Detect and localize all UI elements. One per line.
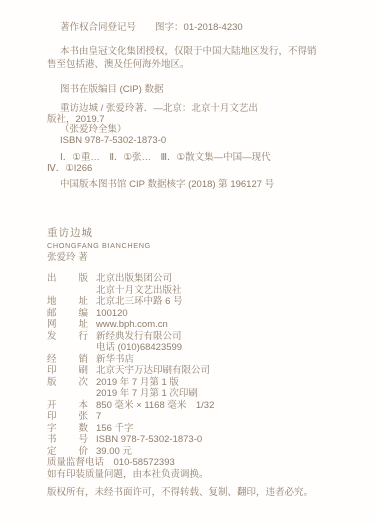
colophon-value: 100120 bbox=[96, 308, 128, 320]
cip-line: （张爱玲全集） bbox=[60, 125, 274, 136]
colophon-value: 850 毫米 × 1168 毫米 1/32 bbox=[96, 400, 214, 412]
colophon-label: 印张 bbox=[47, 411, 88, 423]
colophon-label-char: 开 bbox=[47, 400, 57, 412]
license-notice-block: 本书由皇冠文化集团授权，仅限于中国大陆地区发行，不得销 售至包括港、澳及任何海外… bbox=[47, 46, 317, 71]
colophon-label: 定价 bbox=[47, 446, 88, 458]
colophon-row-website: 网址www.bph.com.cn bbox=[47, 319, 214, 331]
colophon-label-char: 号 bbox=[78, 434, 88, 446]
colophon-label-char: 本 bbox=[78, 400, 88, 412]
colophon-label: 邮编 bbox=[47, 308, 88, 320]
colophon-label-char: 邮 bbox=[47, 308, 57, 320]
colophon-value: 156 千字 bbox=[96, 423, 134, 435]
colophon-value: 2019 年 7 月第 1 次印刷 bbox=[96, 388, 198, 400]
quality-phone-line: 质量监督电话 010-58572393 bbox=[47, 457, 214, 469]
registration-line: 著作权合同登记号 图字：01-2018-4230 bbox=[60, 22, 243, 34]
colophon-label-char: 张 bbox=[78, 411, 88, 423]
colophon-row-distributor-phone: 电话 (010)68423599 bbox=[47, 342, 214, 354]
colophon-row-price: 定价39.00 元 bbox=[47, 446, 214, 458]
registration-block: 著作权合同登记号 图字：01-2018-4230 bbox=[47, 22, 243, 34]
colophon-label bbox=[47, 388, 88, 400]
colophon-row-printer: 印刷北京天宇万达印刷有限公司 bbox=[47, 365, 214, 377]
colophon-row-publisher: 出版北京出版集团公司 bbox=[47, 273, 214, 285]
colophon-value: 北京出版集团公司 bbox=[96, 273, 172, 285]
colophon-label-char: 网 bbox=[47, 319, 57, 331]
colophon-value: 新经典发行有限公司 bbox=[96, 331, 182, 343]
colophon-label bbox=[47, 342, 88, 354]
colophon-label-char: 经 bbox=[47, 354, 57, 366]
cip-line: Ⅰ．①重… Ⅱ．①张… Ⅲ．①散文集—中国—现代 bbox=[60, 153, 274, 164]
colophon-label-char: 印 bbox=[47, 365, 57, 377]
colophon-label: 字数 bbox=[47, 423, 88, 435]
colophon-label-char: 址 bbox=[78, 319, 88, 331]
colophon-row-isbn: 书号ISBN 978-7-5302-1873-0 bbox=[47, 434, 214, 446]
colophon-label-char: 版 bbox=[47, 377, 57, 389]
colophon-label-char: 地 bbox=[47, 296, 57, 308]
colophon-label-char: 字 bbox=[47, 423, 57, 435]
colophon-row-sheets: 印张7 bbox=[47, 411, 214, 423]
colophon-row-edition-cont: 2019 年 7 月第 1 次印刷 bbox=[47, 388, 214, 400]
colophon-row-publisher-cont: 北京十月文艺出版社 bbox=[47, 285, 214, 297]
colophon-label-char: 定 bbox=[47, 446, 57, 458]
colophon-label-char: 址 bbox=[78, 296, 88, 308]
colophon-label bbox=[47, 285, 88, 297]
colophon-label-char: 出 bbox=[47, 273, 57, 285]
book-title-pinyin: CHONGFANG BIANCHENG bbox=[47, 240, 151, 253]
colophon-row-format: 开本850 毫米 × 1168 毫米 1/32 bbox=[47, 400, 214, 412]
registration-value: 图字：01-2018-4230 bbox=[155, 22, 243, 33]
colophon-row-address: 地址北京北三环中路 6 号 bbox=[47, 296, 214, 308]
colophon-value: 电话 (010)68423599 bbox=[96, 342, 182, 354]
colophon-label: 出版 bbox=[47, 273, 88, 285]
cip-line: Ⅳ．①I266 bbox=[47, 164, 274, 175]
cip-line: 重访边城 / 张爱玲著．—北京：北京十月文艺出 bbox=[60, 104, 274, 115]
colophon-value: 39.00 元 bbox=[96, 446, 132, 458]
cip-heading: 图书在版编目 (CIP) 数据 bbox=[60, 84, 163, 96]
colophon-row-retailer: 经销新华书店 bbox=[47, 354, 214, 366]
colophon-value: 北京十月文艺出版社 bbox=[96, 285, 182, 297]
colophon-label-char: 行 bbox=[78, 331, 88, 343]
cip-line: 中国版本图书馆 CIP 数据核字 (2018) 第 196127 号 bbox=[60, 180, 274, 191]
colophon-label-char: 刷 bbox=[78, 365, 88, 377]
colophon-label: 发行 bbox=[47, 331, 88, 343]
copyright-notice-block: 版权所有，未经书面许可，不得转载、复制、翻印，违者必究。 bbox=[47, 487, 313, 499]
colophon-value: ISBN 978-7-5302-1873-0 bbox=[96, 434, 202, 446]
book-colophon-page: 著作权合同登记号 图字：01-2018-4230 本书由皇冠文化集团授权，仅限于… bbox=[0, 0, 375, 524]
colophon-label-char: 次 bbox=[78, 377, 88, 389]
colophon-label: 书号 bbox=[47, 434, 88, 446]
colophon-row-edition: 版次2019 年 7 月第 1 版 bbox=[47, 377, 214, 389]
colophon-label: 经销 bbox=[47, 354, 88, 366]
colophon-value: 新华书店 bbox=[96, 354, 134, 366]
colophon-label-char: 版 bbox=[78, 273, 88, 285]
colophon-label-char: 书 bbox=[47, 434, 57, 446]
colophon-label: 网址 bbox=[47, 319, 88, 331]
colophon-row-postcode: 邮编100120 bbox=[47, 308, 214, 320]
colophon-label: 地址 bbox=[47, 296, 88, 308]
colophon-label: 开本 bbox=[47, 400, 88, 412]
colophon-value: 7 bbox=[96, 411, 101, 423]
colophon-row-wordcount: 字数156 千字 bbox=[47, 423, 214, 435]
registration-label: 著作权合同登记号 bbox=[60, 22, 136, 33]
colophon-label-char: 价 bbox=[78, 446, 88, 458]
colophon-label-char: 印 bbox=[47, 411, 57, 423]
book-author: 张爱玲 著 bbox=[47, 252, 151, 265]
colophon-label-char: 编 bbox=[78, 308, 88, 320]
title-block: 重访边城 CHONGFANG BIANCHENG 张爱玲 著 bbox=[47, 227, 151, 265]
copyright-line: 版权所有，未经书面许可，不得转载、复制、翻印，违者必究。 bbox=[47, 487, 313, 499]
colophon-label-char: 发 bbox=[47, 331, 57, 343]
quality-notice-line: 如有印装质量问题，由本社负责调换。 bbox=[47, 469, 214, 481]
registration-spacer bbox=[136, 22, 155, 33]
license-notice-line: 售至包括港、澳及任何海外地区。 bbox=[47, 59, 317, 72]
colophon-value: 2019 年 7 月第 1 版 bbox=[96, 377, 179, 389]
colophon-label-char: 销 bbox=[78, 354, 88, 366]
cip-data-block: 重访边城 / 张爱玲著．—北京：北京十月文艺出 版社，2019.7 （张爱玲全集… bbox=[47, 104, 274, 191]
colophon-value: 北京北三环中路 6 号 bbox=[96, 296, 183, 308]
license-notice-line: 本书由皇冠文化集团授权，仅限于中国大陆地区发行，不得销 bbox=[60, 46, 317, 59]
colophon-label: 版次 bbox=[47, 377, 88, 389]
cip-line: ISBN 978-7-5302-1873-0 bbox=[60, 136, 274, 147]
colophon-row-distributor: 发行新经典发行有限公司 bbox=[47, 331, 214, 343]
cip-heading-block: 图书在版编目 (CIP) 数据 bbox=[47, 84, 163, 96]
colophon-value: www.bph.com.cn bbox=[96, 319, 168, 331]
book-title: 重访边城 bbox=[47, 227, 151, 240]
colophon-label-char: 数 bbox=[78, 423, 88, 435]
colophon-value: 北京天宇万达印刷有限公司 bbox=[96, 365, 210, 377]
colophon-block: 出版北京出版集团公司 北京十月文艺出版社 地址北京北三环中路 6 号 邮编100… bbox=[47, 273, 214, 480]
colophon-label: 印刷 bbox=[47, 365, 88, 377]
